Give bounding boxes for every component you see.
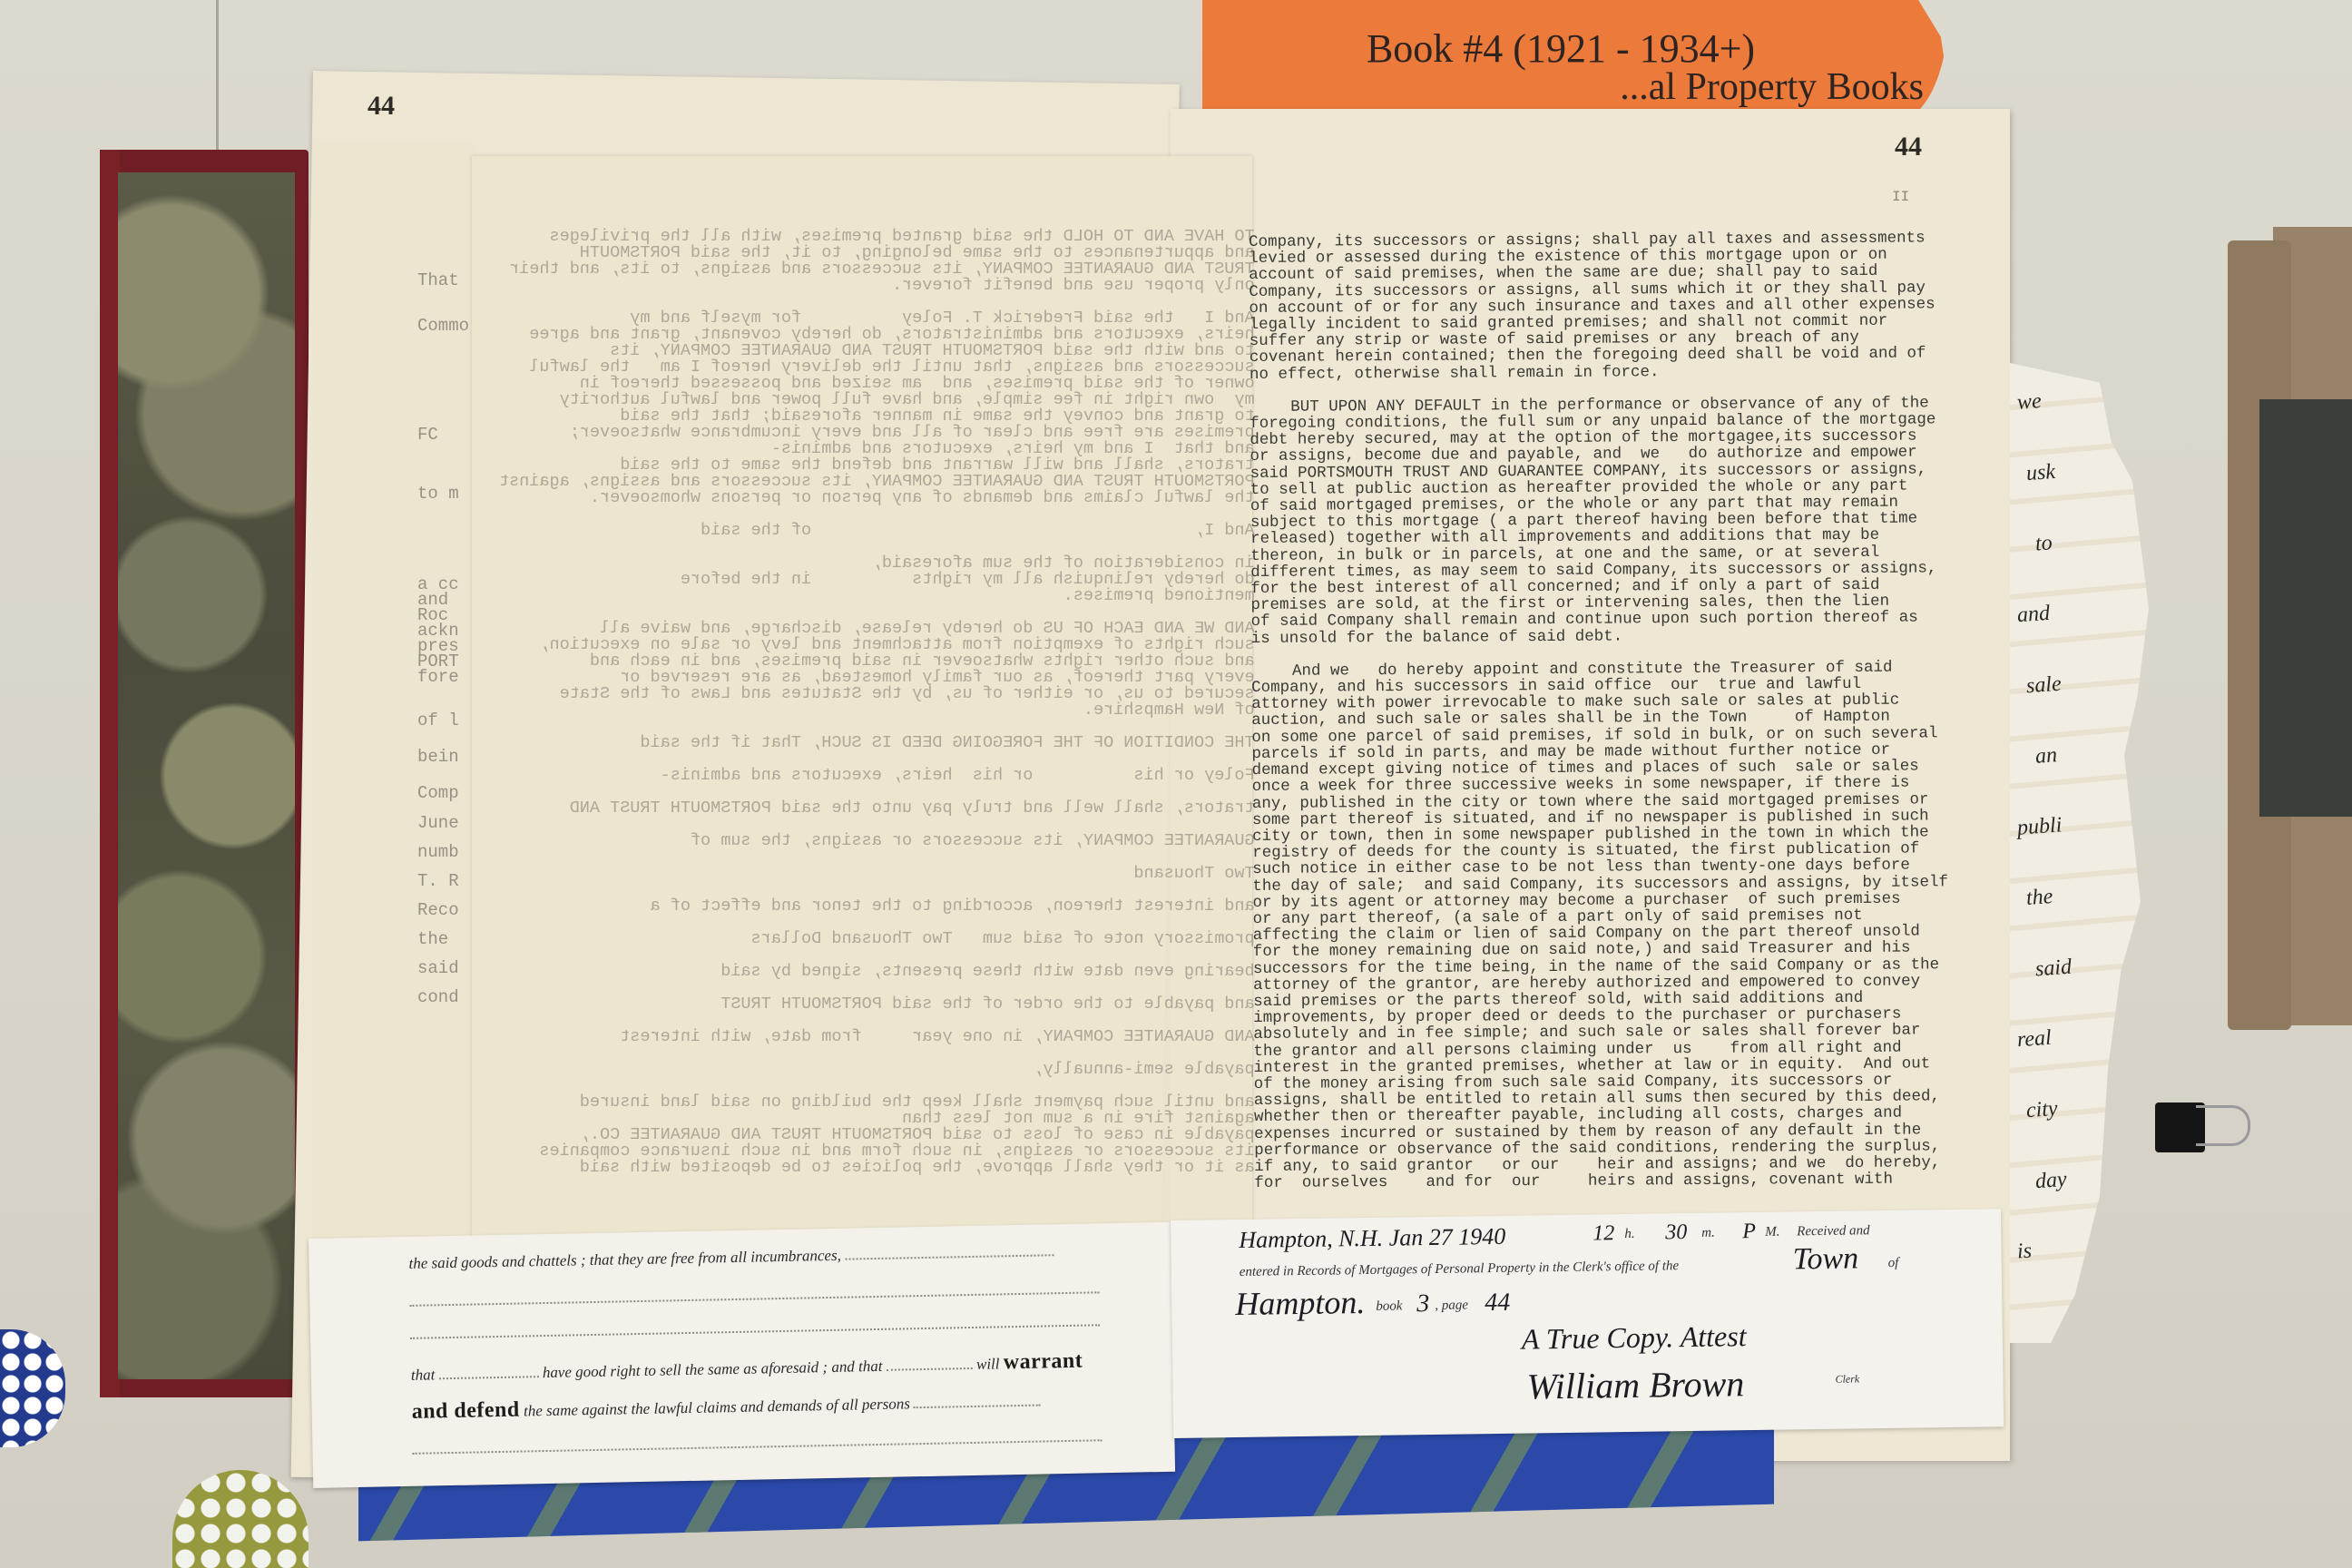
page-label: , page xyxy=(1435,1298,1468,1314)
scrap-handwriting: city xyxy=(2025,1097,2058,1123)
dotted-field xyxy=(914,1394,1041,1409)
form-text: the same against the lawful claims and d… xyxy=(524,1395,910,1419)
handwritten-page-number: 44 xyxy=(1485,1289,1510,1318)
typed-paragraph: And we do hereby appoint and constitute … xyxy=(1251,659,1972,1191)
onion-skin-sheet: TO HAVE AND TO HOLD the said granted pre… xyxy=(472,156,1252,1259)
form-text: that xyxy=(411,1366,436,1384)
form-line-incumbrances: the said goods and chattels ; that they … xyxy=(408,1241,1134,1273)
tab-subtitle: ...al Property Books xyxy=(1343,65,1924,109)
onion-skin-flap xyxy=(313,141,476,1266)
book-label: book xyxy=(1376,1298,1402,1314)
scrap-handwriting: publi xyxy=(2016,813,2063,840)
handwritten-town: Town xyxy=(1792,1241,1858,1277)
handwritten-place-date: Hampton, N.H. Jan 27 1940 xyxy=(1239,1223,1505,1254)
typed-paragraph: BUT UPON ANY DEFAULT in the performance … xyxy=(1249,395,1968,647)
handwritten-place: Hampton. xyxy=(1235,1283,1366,1323)
handwritten-ampm: P xyxy=(1742,1220,1756,1244)
binder-clip-wire xyxy=(2196,1105,2250,1146)
entered-label: entered in Records of Mortgages of Perso… xyxy=(1240,1259,1680,1280)
handwritten-attestation: A True Copy. Attest xyxy=(1522,1319,1747,1356)
printed-form-right: Hampton, N.H. Jan 27 1940 12 h. 30 m. P … xyxy=(1171,1209,2004,1438)
ampm-label: M. xyxy=(1765,1225,1779,1240)
dotted-field xyxy=(845,1243,1053,1259)
scrap-handwriting: usk xyxy=(2025,460,2056,486)
marbled-endpaper xyxy=(118,172,295,1379)
form-text: have good right to sell the same as afor… xyxy=(543,1357,883,1381)
received-label: Received and xyxy=(1797,1223,1870,1240)
handwritten-hour: 12 xyxy=(1592,1221,1614,1246)
left-page-number: 44 xyxy=(367,91,395,122)
mirrored-show-through-text: TO HAVE AND TO HOLD the said granted pre… xyxy=(499,229,1255,1176)
scrap-handwriting: said xyxy=(2034,955,2073,983)
typed-mortgage-text: Company, its successors or assigns; shal… xyxy=(1249,230,1972,1208)
form-blackletter: warrant xyxy=(1003,1349,1083,1375)
of-label: of xyxy=(1888,1256,1899,1271)
dotted-field xyxy=(887,1357,973,1371)
scrap-handwriting: real xyxy=(2016,1026,2053,1053)
hour-label: h. xyxy=(1624,1227,1634,1242)
scrap-handwriting: an xyxy=(2034,743,2058,769)
scrap-handwriting: we xyxy=(2016,389,2042,416)
handwritten-minute: 30 xyxy=(1665,1220,1687,1245)
scrap-handwriting: sale xyxy=(2025,672,2062,700)
dotted-field xyxy=(412,1428,1102,1455)
margin-mark: II xyxy=(1892,189,1909,205)
dotted-field xyxy=(410,1313,1100,1339)
scrap-handwriting: to xyxy=(2034,531,2053,556)
clerk-label: Clerk xyxy=(1835,1372,1859,1386)
printed-form-left: the said goods and chattels ; that they … xyxy=(309,1222,1175,1488)
dotted-field xyxy=(438,1365,538,1379)
form-line-defend: and defend the same against the lawful c… xyxy=(411,1386,1137,1424)
form-text: the said goods and chattels ; that they … xyxy=(408,1247,841,1272)
stacked-book-band xyxy=(2259,399,2352,817)
scrap-handwriting: is xyxy=(2016,1239,2033,1264)
form-blank-line xyxy=(409,1279,1135,1311)
scrap-handwriting: and xyxy=(2016,602,2051,628)
handwritten-book-number: 3 xyxy=(1416,1289,1429,1318)
form-blackletter: and defend xyxy=(411,1398,520,1424)
dotted-field xyxy=(409,1280,1099,1307)
typed-paragraph: Company, its successors or assigns; shal… xyxy=(1249,230,1966,383)
scrap-handwriting: day xyxy=(2034,1168,2067,1194)
form-line-right-to-sell: that have good right to sell the same as… xyxy=(411,1348,1137,1387)
minute-label: m. xyxy=(1701,1226,1715,1241)
cover-edge xyxy=(100,150,120,1397)
right-page-number: 44 xyxy=(1895,132,1922,162)
form-text: will xyxy=(976,1355,1000,1372)
form-blank-line xyxy=(410,1312,1136,1344)
clerk-signature: William Brown xyxy=(1526,1362,1744,1407)
desk-seam xyxy=(216,0,219,154)
form-blank-line xyxy=(412,1426,1138,1458)
scrap-handwriting: the xyxy=(2025,885,2053,911)
